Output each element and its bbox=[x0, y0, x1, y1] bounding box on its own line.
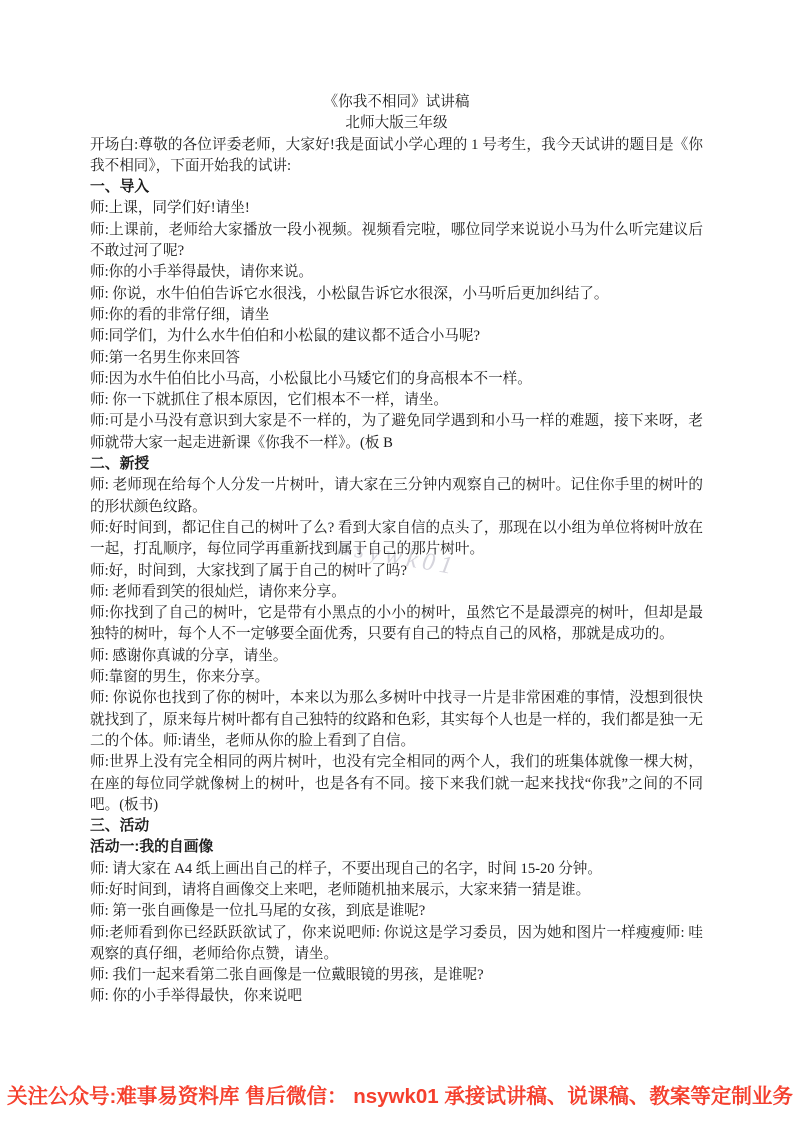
paragraph: 师:你找到了自己的树叶，它是带有小黑点的小小的树叶，虽然它不是最漂亮的树叶，但却… bbox=[90, 603, 703, 646]
document-title: 《你我不相同》试讲稿 bbox=[90, 92, 703, 113]
footer-promo-banner: 关注公众号:难事易资料库 售后微信： nsywk01 承接试讲稿、说课稿、教案等… bbox=[7, 1083, 793, 1111]
paragraph: 师:同学们，为什么水牛伯伯和小松鼠的建议都不适合小马呢? bbox=[90, 326, 703, 347]
paragraph: 师: 老师看到笑的很灿烂，请你来分享。 bbox=[90, 582, 703, 603]
paragraph: 师:靠窗的男生，你来分享。 bbox=[90, 667, 703, 688]
section-heading-import: 一、导入 bbox=[90, 177, 703, 198]
paragraph: 师:因为水牛伯伯比小马高，小松鼠比小马矮它们的身高根本不一样。 bbox=[90, 369, 703, 390]
opening-paragraph: 开场白:尊敬的各位评委老师，大家好!我是面试小学心理的 1 号考生，我今天试讲的… bbox=[90, 135, 703, 178]
section-heading-new-lesson: 二、新授 bbox=[90, 454, 703, 475]
paragraph: 师: 第一张自画像是一位扎马尾的女孩，到底是谁呢? bbox=[90, 901, 703, 922]
paragraph: 师: 你说，水牛伯伯告诉它水很浅，小松鼠告诉它水很深，小马听后更加纠结了。 bbox=[90, 284, 703, 305]
paragraph: 师: 我们一起来看第二张自画像是一位戴眼镜的男孩，是谁呢? bbox=[90, 965, 703, 986]
paragraph: 师:你的看的非常仔细，请坐 bbox=[90, 305, 703, 326]
paragraph: 师:好，时间到，大家找到了属于自己的树叶了吗? bbox=[90, 561, 703, 582]
paragraph: 师:可是小马没有意识到大家是不一样的，为了避免同学遇到和小马一样的难题，接下来呀… bbox=[90, 411, 703, 454]
activity-subheading: 活动一:我的自画像 bbox=[90, 837, 703, 858]
paragraph: 师:上课，同学们好!请坐! bbox=[90, 198, 703, 219]
paragraph: 师:世界上没有完全相同的两片树叶，也没有完全相同的两个人，我们的班集体就像一棵大… bbox=[90, 752, 703, 816]
paragraph: 师:第一名男生你来回答 bbox=[90, 348, 703, 369]
paragraph: 师:好时间到，都记住自己的树叶了么? 看到大家自信的点头了，那现在以小组为单位将… bbox=[90, 518, 703, 561]
paragraph: 师: 你说你也找到了你的树叶，本来以为那么多树叶中找寻一片是非常困难的事情，没想… bbox=[90, 688, 703, 752]
paragraph: 师:上课前，老师给大家播放一段小视频。视频看完啦，哪位同学来说说小马为什么听完建… bbox=[90, 220, 703, 263]
paragraph: 师:老师看到你已经跃跃欲试了，你来说吧师: 你说这是学习委员，因为她和图片一样瘦… bbox=[90, 923, 703, 966]
paragraph: 师: 感谢你真诚的分享，请坐。 bbox=[90, 646, 703, 667]
paragraph: 师:你的小手举得最快，请你来说。 bbox=[90, 262, 703, 283]
paragraph: 师: 你一下就抓住了根本原因，它们根本不一样，请坐。 bbox=[90, 390, 703, 411]
paragraph: 师:好时间到，请将自画像交上来吧，老师随机抽来展示，大家来猜一猜是谁。 bbox=[90, 880, 703, 901]
document-subtitle: 北师大版三年级 bbox=[90, 113, 703, 134]
document-page-content: 《你我不相同》试讲稿 北师大版三年级 开场白:尊敬的各位评委老师，大家好!我是面… bbox=[90, 92, 703, 1008]
paragraph: 师: 你的小手举得最快，你来说吧 bbox=[90, 986, 703, 1007]
section-heading-activity: 三、活动 bbox=[90, 816, 703, 837]
paragraph: 师: 老师现在给每个人分发一片树叶，请大家在三分钟内观察自己的树叶。记住你手里的… bbox=[90, 475, 703, 518]
paragraph: 师: 请大家在 A4 纸上画出自己的样子，不要出现自己的名字，时间 15-20 … bbox=[90, 859, 703, 880]
